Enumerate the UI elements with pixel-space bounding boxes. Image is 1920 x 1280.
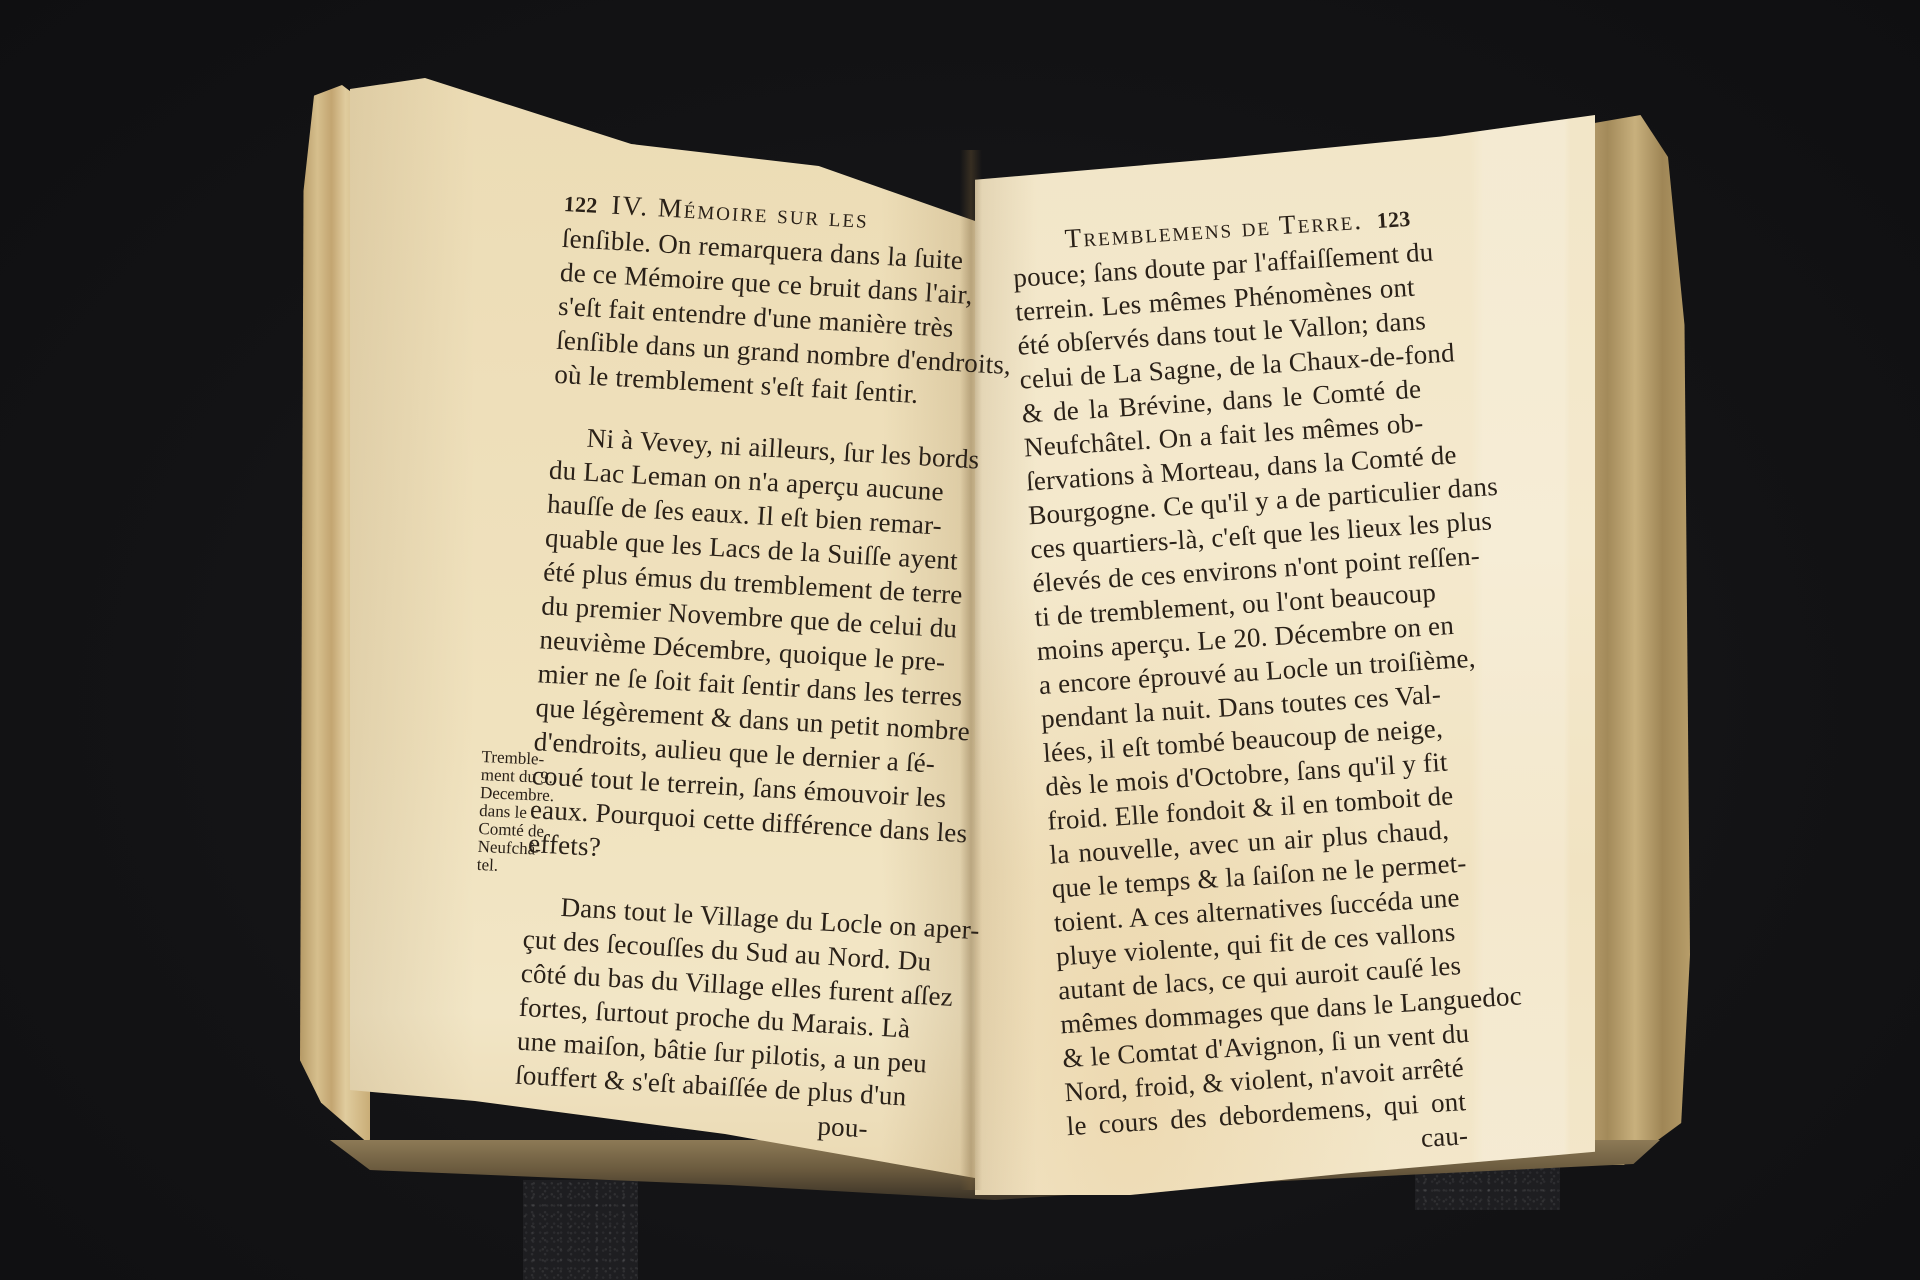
paragraph-3: Dans tout le Village du Locle on aper- ç… <box>512 888 880 1145</box>
margin-note: Tremble- ment du 9. Decembre. dans le Co… <box>477 748 562 877</box>
paragraph-2: Ni à Vevey, ni ailleurs, ſur les bords d… <box>527 419 906 880</box>
margin-note-line: tel. <box>477 856 558 877</box>
right-page-text: Tremblemens de Terre. 123 pouce; ſans do… <box>1010 200 1469 1177</box>
photo-scene: 122 IV. Mémoire sur les ſenſible. On rem… <box>0 0 1920 1280</box>
left-page-text: 122 IV. Mémoire sur les ſenſible. On rem… <box>512 185 919 1145</box>
page-number-left: 122 <box>563 187 598 223</box>
paragraph-1: ſenſible. On remarquera dans la ſuite de… <box>554 221 918 411</box>
book-fore-edge-right <box>1580 115 1690 1165</box>
foam-support-left <box>523 1180 638 1280</box>
page-number-right: 123 <box>1376 202 1412 238</box>
